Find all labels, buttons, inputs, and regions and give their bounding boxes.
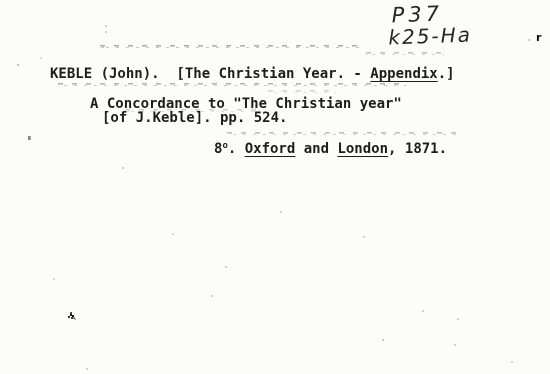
scan-speck <box>280 211 282 213</box>
text-segment: and <box>295 141 337 157</box>
faded-erased-text-row <box>227 132 457 135</box>
entry-title-line: A Concordance to "The Christian year" <box>90 97 402 111</box>
scan-speck <box>105 25 107 27</box>
scan-speck <box>172 233 174 235</box>
text-segment: Appendix <box>370 66 437 82</box>
entry-imprint-line: 8o. Oxford and London, 1871. <box>214 139 447 156</box>
scan-speck <box>211 295 213 297</box>
scan-speck <box>105 31 107 33</box>
scan-speck <box>363 236 365 238</box>
text-segment: .] <box>438 66 455 82</box>
scan-speck <box>457 318 459 320</box>
scan-speck <box>53 278 55 280</box>
text-segment: KEBLE (John). [The Christian Year. - <box>50 66 370 82</box>
ink-blot-mark <box>70 314 72 316</box>
entry-heading-line: KEBLE (John). [The Christian Year. - App… <box>50 67 455 81</box>
small-ink-mark <box>28 136 30 140</box>
faded-erased-text-row <box>58 83 406 86</box>
text-segment: , 1871. <box>388 141 447 157</box>
text-segment: . <box>228 141 245 157</box>
scan-speck <box>17 64 19 66</box>
scan-speck <box>511 361 513 363</box>
catalog-card: P37 k25-Ha r KEBLE (John). [The Christia… <box>0 0 550 374</box>
stray-pen-mark: r <box>536 31 541 44</box>
scan-speck <box>122 167 124 169</box>
text-segment: Oxford <box>245 141 296 157</box>
scan-speck <box>86 368 88 370</box>
scan-speck <box>382 339 384 341</box>
faded-erased-text-row <box>100 45 365 48</box>
text-segment: London <box>337 141 388 157</box>
scan-speck <box>225 266 227 268</box>
scan-speck <box>454 344 456 346</box>
shelfmark-line-2: k25-Ha <box>388 24 472 49</box>
faded-erased-text-row <box>268 90 338 93</box>
shelfmark-handwritten: P37 k25-Ha <box>387 2 472 49</box>
entry-detail-line: [of J.Keble]. pp. 524. <box>102 111 287 125</box>
scan-speck <box>422 310 424 312</box>
faded-erased-text-row <box>366 52 444 55</box>
scan-speck <box>528 39 530 41</box>
scan-speck <box>40 57 42 59</box>
